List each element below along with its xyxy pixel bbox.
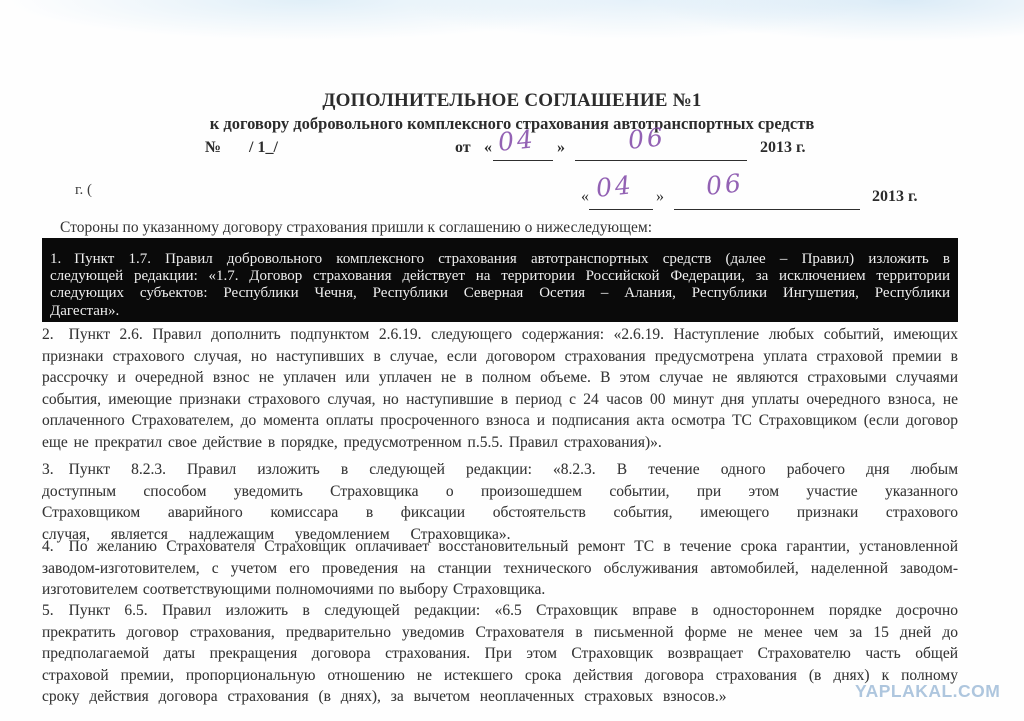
clause-2-number: 2. xyxy=(42,326,54,343)
date1-day-blank-line xyxy=(493,160,553,161)
handwritten-month-2: 06 xyxy=(705,168,746,201)
city-fragment: г. ( xyxy=(75,182,92,199)
date2-day-blank-line xyxy=(589,209,653,210)
handwritten-month-1: 06 xyxy=(627,122,668,155)
clause-5: 5.Пункт 6.5. Правил изложить в следующей… xyxy=(42,600,958,708)
handwritten-day-1: 04 xyxy=(497,124,538,157)
clause-1-number: 1. xyxy=(50,251,61,267)
clause-2: 2.Пункт 2.6. Правил дополнить подпунктом… xyxy=(42,324,958,454)
clause-1-text: Пункт 1.7. Правил добровольного комплекс… xyxy=(50,251,950,319)
clause-2-text: Пункт 2.6. Правил дополнить подпунктом 2… xyxy=(42,326,958,451)
clause-5-text: Пункт 6.5. Правил изложить в следующей р… xyxy=(42,602,958,705)
date1-open-quote: « xyxy=(484,139,492,157)
contract-number-value: / 1_/ xyxy=(249,139,278,157)
scanned-document-page: ДОПОЛНИТЕЛЬНОЕ СОГЛАШЕНИЕ №1 к договору … xyxy=(0,0,1024,721)
clause-4: 4.По желанию Страхователя Страховщик опл… xyxy=(42,536,958,601)
clause-3-number: 3. xyxy=(42,461,54,478)
scan-haze-artifact xyxy=(0,0,1024,48)
date1-close-quote: » xyxy=(557,139,565,157)
clause-3: 3.Пункт 8.2.3. Правил изложить в следующ… xyxy=(42,459,958,545)
clause-5-number: 5. xyxy=(42,602,54,619)
date2-year: 2013 г. xyxy=(872,188,917,206)
contract-number-label: № xyxy=(205,139,221,157)
clause-1-redacted-block: 1.Пункт 1.7. Правил добровольного компле… xyxy=(42,238,958,322)
date1-month-blank-line xyxy=(575,160,747,161)
handwritten-day-2: 04 xyxy=(595,170,636,203)
clause-4-text: По желанию Страхователя Страховщик оплач… xyxy=(42,538,958,598)
date2-close-quote: » xyxy=(656,188,664,206)
date2-open-quote: « xyxy=(581,188,589,206)
clause-3-text: Пункт 8.2.3. Правил изложить в следующей… xyxy=(42,461,958,543)
date2-month-blank-line xyxy=(674,209,860,210)
date1-year: 2013 г. xyxy=(760,139,805,157)
document-title: ДОПОЛНИТЕЛЬНОЕ СОГЛАШЕНИЕ №1 xyxy=(0,90,1024,112)
clause-4-number: 4. xyxy=(42,538,54,555)
intro-sentence: Стороны по указанному договору страхован… xyxy=(60,219,652,237)
yaplakal-watermark: YAPLAKAL.COM xyxy=(855,681,1000,702)
date1-prefix: от xyxy=(455,139,471,157)
